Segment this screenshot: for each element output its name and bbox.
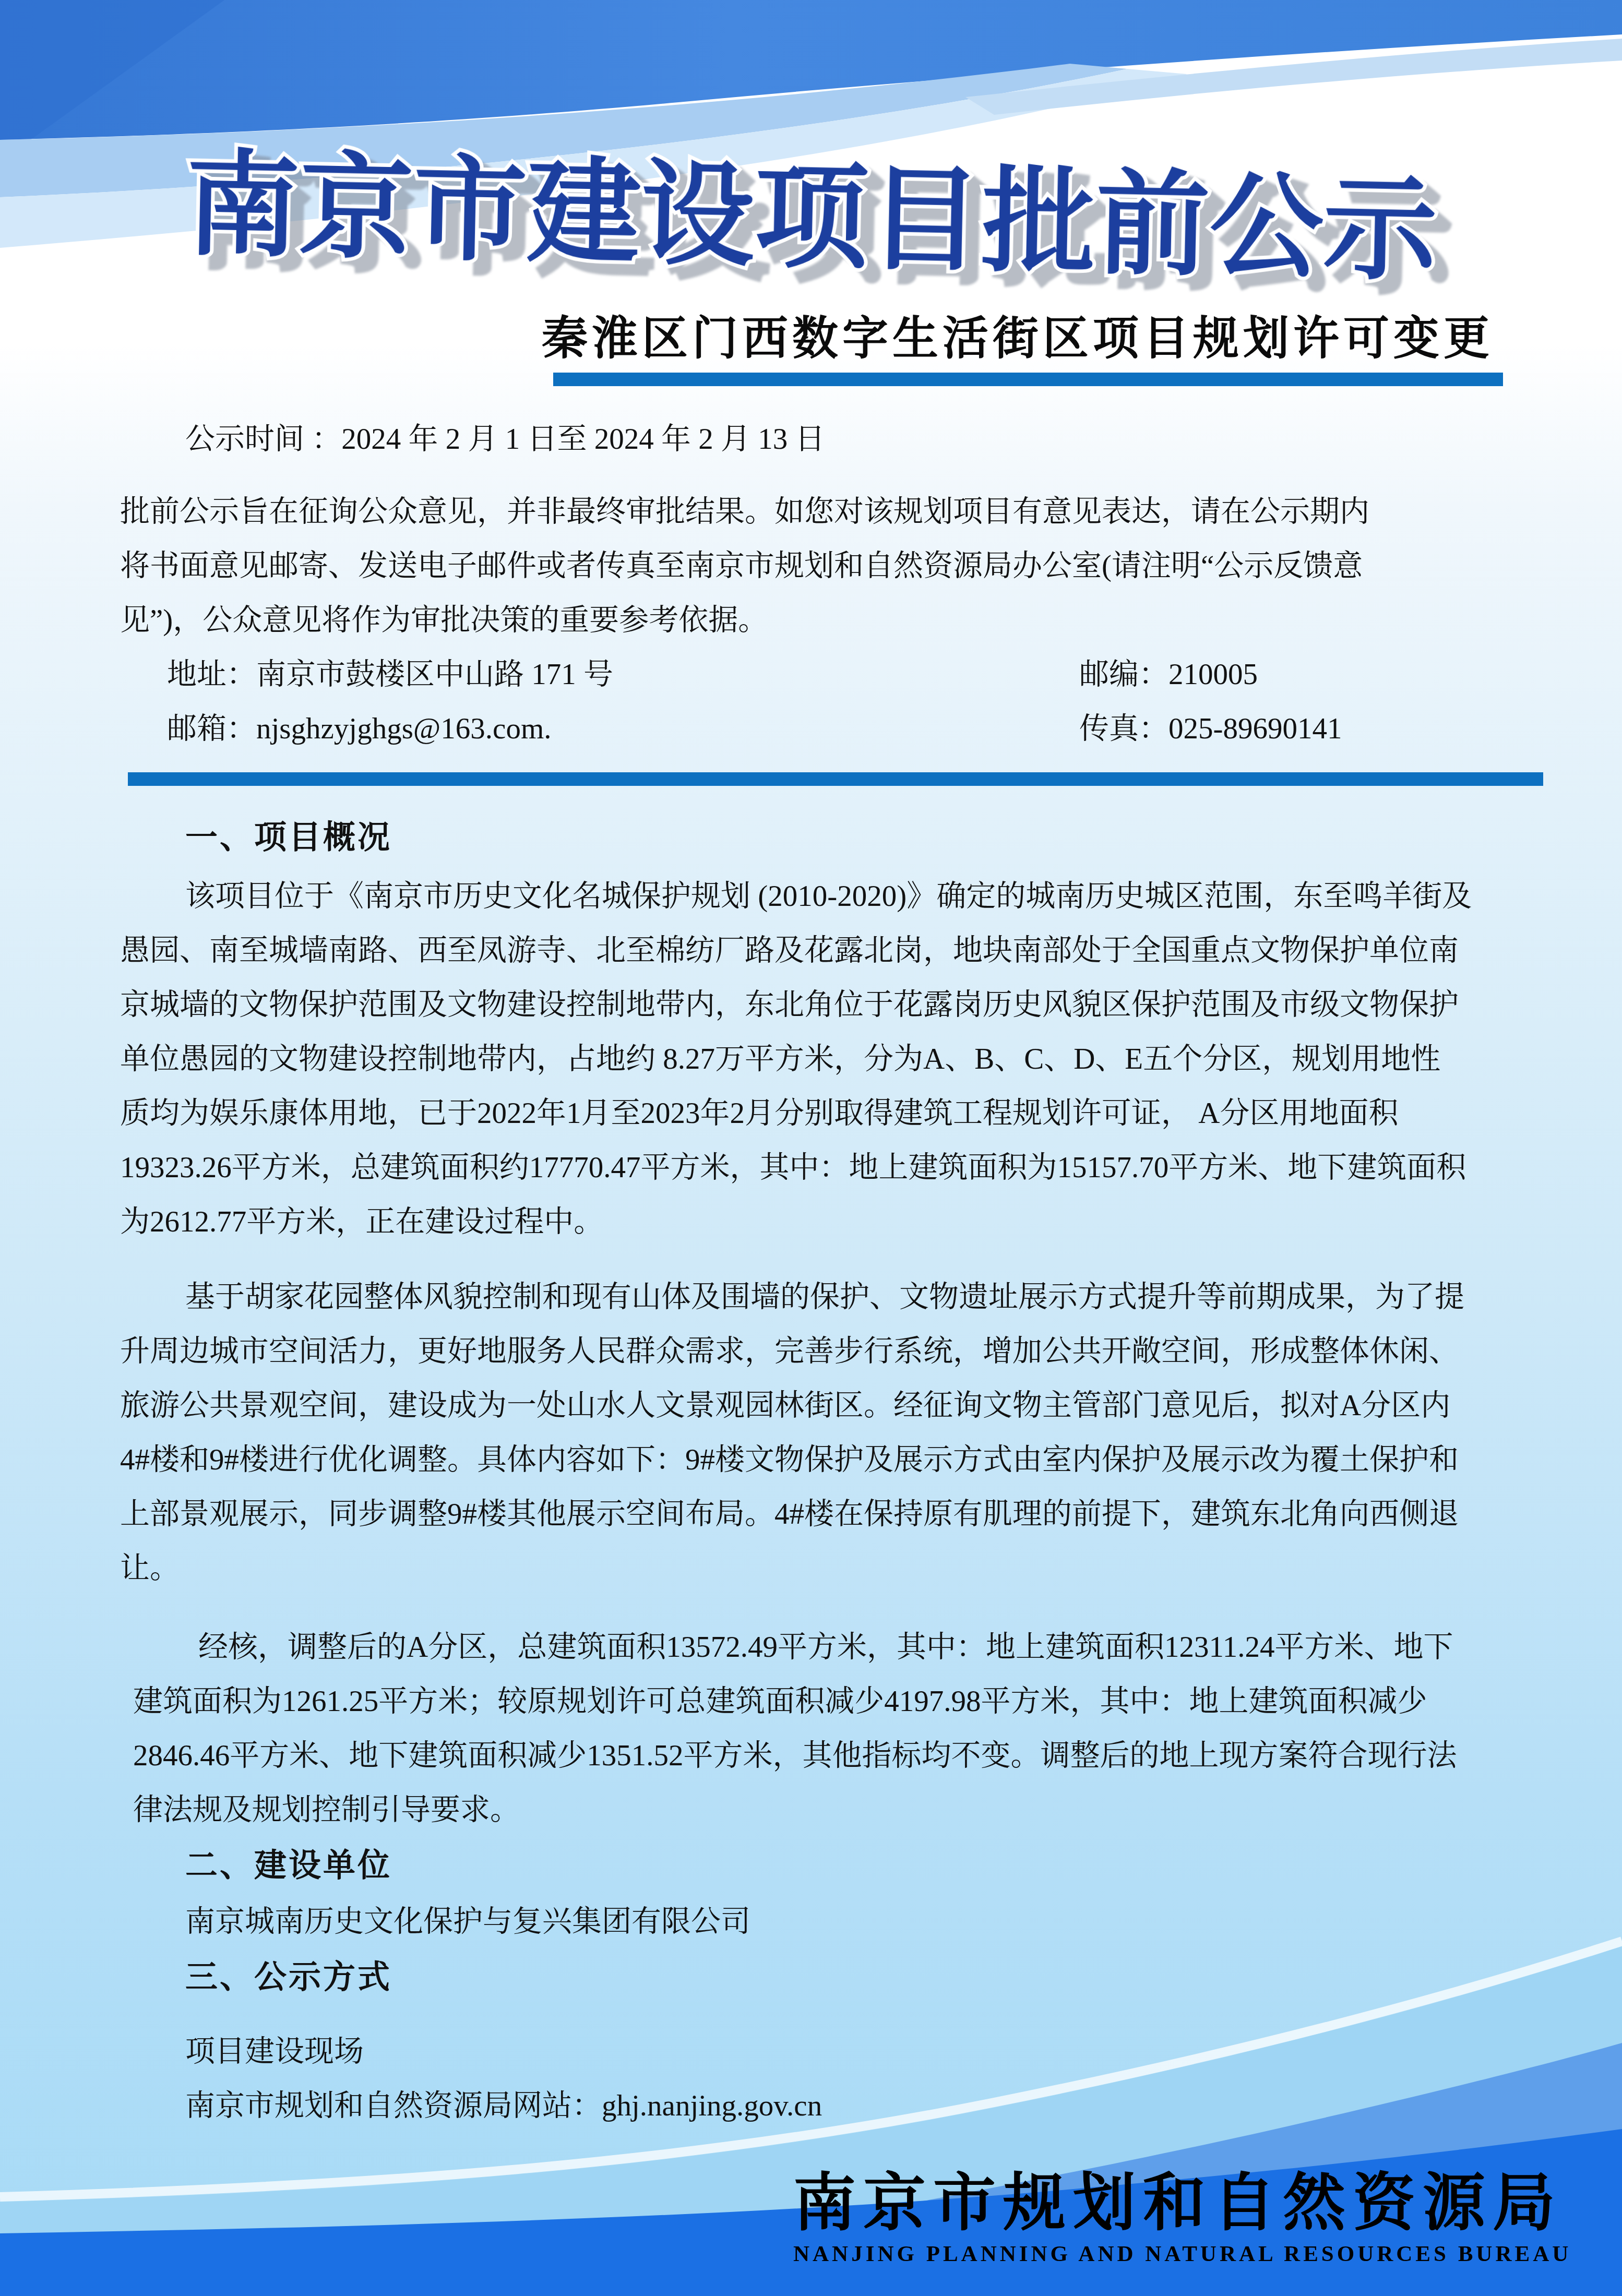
email-row: 邮箱：njsghzyjghgs@163.com. 传真：025-89690141 [120,702,1503,756]
email-value: 邮箱：njsghzyjghgs@163.com. [120,712,551,745]
bureau-name-en: NANJING PLANNING AND NATURAL RESOURCES B… [793,2242,1550,2267]
body-line: 单位愚园的文物建设控制地带内，占地约 8.27万平方米，分为A、B、C、D、E五… [120,1032,1503,1086]
page-title-block: 南京市建设项目批前公示 [171,112,1452,310]
notice-page: 南京市建设项目批前公示 秦淮区门西数字生活街区项目规划许可变更 公示时间 ：20… [0,0,1622,2296]
intro-line: 将书面意见邮寄、发送电子邮件或者传真至南京市规划和自然资源局办公室(请注明“公示… [120,539,1503,593]
body-line: 质均为娱乐康体用地，已于2022年1月至2023年2月分别取得建筑工程规划许可证… [120,1086,1503,1141]
body-line: 19323.26平方米，总建筑面积约17770.47平方米，其中：地上建筑面积为… [120,1141,1503,1195]
page-subtitle: 秦淮区门西数字生活街区项目规划许可变更 [522,302,1513,367]
bureau-name-cn: 南京市规划和自然资源局 [793,2170,1550,2238]
body-line: 建筑面积为1261.25平方米；较原规划许可总建筑面积减少4197.98平方米，… [120,1675,1503,1729]
body-line: 愚园、南至城墙南路、西至凤游寺、北至棉纺厂路及花露北岗，地块南部处于全国重点文物… [120,924,1503,978]
address-value: 地址：南京市鼓楼区中山路 171 号 [120,658,613,691]
body-line: 旅游公共景观空间，建设成为一处山水人文景观园林街区。经征询文物主管部门意见后，拟… [120,1379,1503,1433]
body-line: 上部景观展示，同步调整9#楼其他展示空间布局。4#楼在保持原有肌理的前提下，建筑… [120,1487,1503,1541]
page-title: 南京市建设项目批前公示 [184,143,1439,295]
fax-label: 传真： [1079,712,1168,745]
body-line: 经核，调整后的A分区，总建筑面积13572.49平方米，其中：地上建筑面积123… [120,1620,1503,1675]
body-line: 为2612.77平方米，正在建设过程中。 [120,1195,1503,1249]
intro-paragraph: 批前公示旨在征询公众意见，并非最终审批结果。如您对该规划项目有意见表达，请在公示… [120,485,1503,648]
address-label: 地址： [167,658,256,691]
postcode-label: 邮编： [1079,658,1168,691]
overview-paragraph-1: 该项目位于《南京市历史文化名城保护规划 (2010-2020)》确定的城南历史城… [120,869,1503,1249]
section-heading-overview: 一、项目概况 [120,809,1503,867]
email-label: 邮箱： [167,712,256,745]
overview-paragraph-2: 基于胡家花园整体风貌控制和现有山体及围墙的保护、文物遗址展示方式提升等前期成果，… [120,1270,1503,1596]
fax-value: 传真：025-89690141 [1079,702,1342,756]
body-line: 让。 [120,1541,1503,1596]
body-line: 升周边城市空间活力，更好地服务人民群众需求，完善步行系统，增加公共开敞空间，形成… [120,1324,1503,1379]
subtitle-underline-bar [553,373,1503,386]
publicity-period: 公示时间 ：2024 年 2 月 1 日至 2024 年 2 月 13 日 [120,412,1503,467]
body-line: 4#楼和9#楼进行优化调整。具体内容如下：9#楼文物保护及展示方式由室内保护及展… [120,1433,1503,1487]
footer-bureau-signature: 南京市规划和自然资源局 NANJING PLANNING AND NATURAL… [793,2170,1550,2267]
intro-line: 批前公示旨在征询公众意见，并非最终审批结果。如您对该规划项目有意见表达，请在公示… [120,485,1503,539]
address-row: 地址：南京市鼓楼区中山路 171 号 邮编：210005 [120,648,1503,702]
body-line: 该项目位于《南京市历史文化名城保护规划 (2010-2020)》确定的城南历史城… [120,869,1503,924]
section-divider-bar [128,772,1543,786]
body-line: 基于胡家花园整体风貌控制和现有山体及围墙的保护、文物遗址展示方式提升等前期成果，… [120,1270,1503,1324]
postcode-value: 邮编：210005 [1079,648,1258,702]
body-line: 京城墙的文物保护范围及文物建设控制地带内，东北角位于花露岗历史风貌区保护范围及市… [120,978,1503,1032]
intro-line: 见”)，公众意见将作为审批决策的重要参考依据。 [120,593,1503,648]
